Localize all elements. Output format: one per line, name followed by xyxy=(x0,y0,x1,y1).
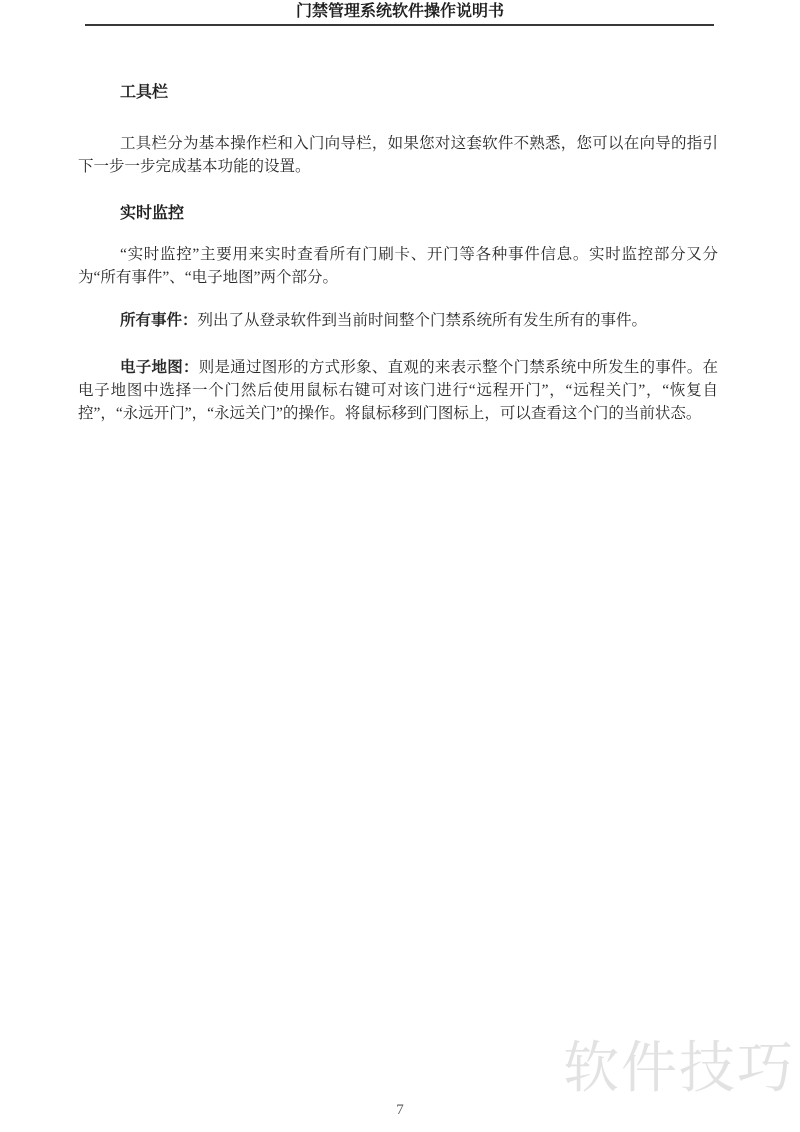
section-heading-realtime-monitor: 实时监控 xyxy=(78,202,718,225)
document-page: 门禁管理系统软件操作说明书 工具栏 工具栏分为基本操作栏和入门向导栏，如果您对这… xyxy=(0,0,800,1132)
watermark-text: 软件技巧 xyxy=(563,1040,795,1096)
paragraph-toolbar-description: 工具栏分为基本操作栏和入门向导栏，如果您对这套软件不熟悉，您可以在向导的指引下一… xyxy=(78,132,718,178)
header-divider xyxy=(85,24,714,26)
document-body: 工具栏 工具栏分为基本操作栏和入门向导栏，如果您对这套软件不熟悉，您可以在向导的… xyxy=(78,81,718,425)
section-heading-toolbar: 工具栏 xyxy=(78,81,718,104)
document-header-title: 门禁管理系统软件操作说明书 xyxy=(0,2,800,22)
paragraph-realtime-monitor-description: “实时监控”主要用来实时查看所有门刷卡、开门等各种事件信息。实时监控部分又分为“… xyxy=(78,243,718,289)
paragraph-text: “实时监控”主要用来实时查看所有门刷卡、开门等各种事件信息。实时监控部分又分为“… xyxy=(78,246,718,286)
page-number: 7 xyxy=(0,1102,800,1118)
paragraph-electronic-map: 电子地图：则是通过图形的方式形象、直观的来表示整个门禁系统中所发生的事件。在电子… xyxy=(78,356,718,425)
paragraph-all-events: 所有事件：列出了从登录软件到当前时间整个门禁系统所有发生所有的事件。 xyxy=(78,309,718,332)
paragraph-text: 工具栏分为基本操作栏和入门向导栏，如果您对这套软件不熟悉，您可以在向导的指引下一… xyxy=(78,135,718,175)
paragraph-bold-lead: 所有事件： xyxy=(120,312,198,329)
paragraph-bold-lead: 电子地图： xyxy=(120,359,199,376)
paragraph-text: 列出了从登录软件到当前时间整个门禁系统所有发生所有的事件。 xyxy=(198,312,648,329)
